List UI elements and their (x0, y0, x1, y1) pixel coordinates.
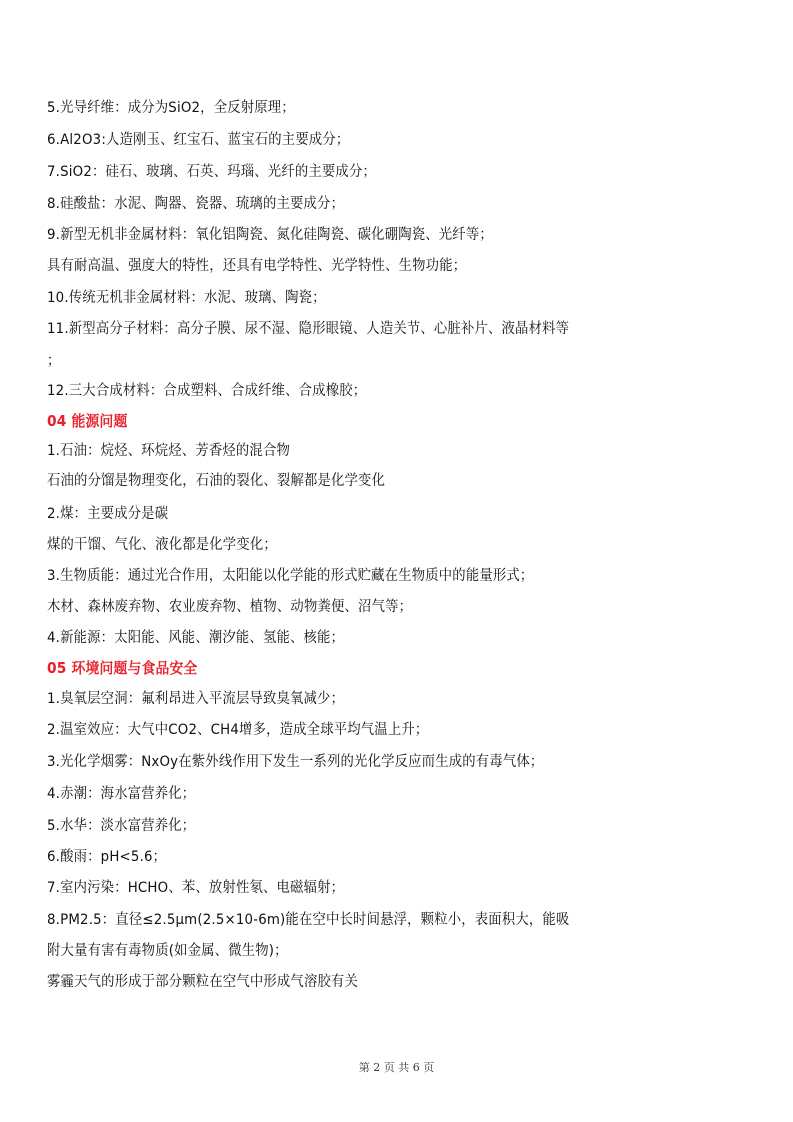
text-line: 2.煤：主要成分是碳 (47, 504, 168, 524)
text-line: 10.传统无机非金属材料：水泥、玻璃、陶瓷； (47, 288, 326, 308)
document-page: 5.光导纤维：成分为SiO2，全反射原理；6.Al2O3:人造刚玉、红宝石、蓝宝… (0, 0, 793, 1122)
text-line: 木材、森林废弃物、农业废弃物、植物、动物粪便、沼气等； (47, 597, 412, 617)
text-line: 7.SiO2：硅石、玻璃、石英、玛瑙、光纤的主要成分； (47, 162, 376, 182)
page-footer: 第 2 页 共 6 页 (0, 1059, 793, 1075)
text-line: 1.臭氧层空洞：氟利昂进入平流层导致臭氧减少； (47, 689, 344, 709)
text-line: 石油的分馏是物理变化，石油的裂化、裂解都是化学变化 (47, 471, 385, 491)
text-line: 雾霾天气的形成于部分颗粒在空气中形成气溶胶有关 (47, 972, 358, 992)
text-line: 5.水华：淡水富营养化； (47, 816, 195, 836)
text-line: 6.酸雨：pH<5.6； (47, 847, 166, 867)
text-line: 8.硅酸盐：水泥、陶器、瓷器、琉璃的主要成分； (47, 194, 344, 214)
text-line: 11.新型高分子材料：高分子膜、尿不湿、隐形眼镜、人造关节、心脏补片、液晶材料等 (47, 319, 569, 339)
section-heading: 05 环境问题与食品安全 (47, 658, 197, 678)
text-line: 煤的干馏、气化、液化都是化学变化； (47, 535, 277, 555)
text-line: 1.石油：烷烃、环烷烃、芳香烃的混合物 (47, 441, 290, 461)
text-line: 2.温室效应：大气中CO2、CH4增多，造成全球平均气温上升； (47, 720, 428, 740)
text-line: 附大量有害有毒物质(如金属、微生物)； (47, 941, 288, 961)
text-line: 5.光导纤维：成分为SiO2，全反射原理； (47, 98, 295, 118)
text-line: 12.三大合成材料：合成塑料、合成纤维、合成橡胶； (47, 381, 366, 401)
text-line: 9.新型无机非金属材料：氧化铝陶瓷、氮化硅陶瓷、碳化硼陶瓷、光纤等； (47, 225, 493, 245)
text-line: 4.赤潮：海水富营养化； (47, 784, 195, 804)
text-line: 3.生物质能：通过光合作用，太阳能以化学能的形式贮藏在生物质中的能量形式； (47, 566, 533, 586)
text-line: 7.室内污染：HCHO、苯、放射性氡、电磁辐射； (47, 878, 344, 898)
text-line: 具有耐高温、强度大的特性，还具有电学特性、光学特性、生物功能； (47, 256, 466, 276)
text-line: 4.新能源：太阳能、风能、潮汐能、氢能、核能； (47, 628, 344, 648)
text-line: 8.PM2.5：直径≤2.5μm(2.5×10-6m)能在空中长时间悬浮，颗粒小… (47, 910, 569, 930)
section-heading: 04 能源问题 (47, 411, 128, 431)
text-line: 6.Al2O3:人造刚玉、红宝石、蓝宝石的主要成分； (47, 130, 349, 150)
text-line: 3.光化学烟雾：NxOy在紫外线作用下发生一系列的光化学反应而生成的有毒气体； (47, 752, 543, 772)
text-line: ； (47, 351, 61, 371)
